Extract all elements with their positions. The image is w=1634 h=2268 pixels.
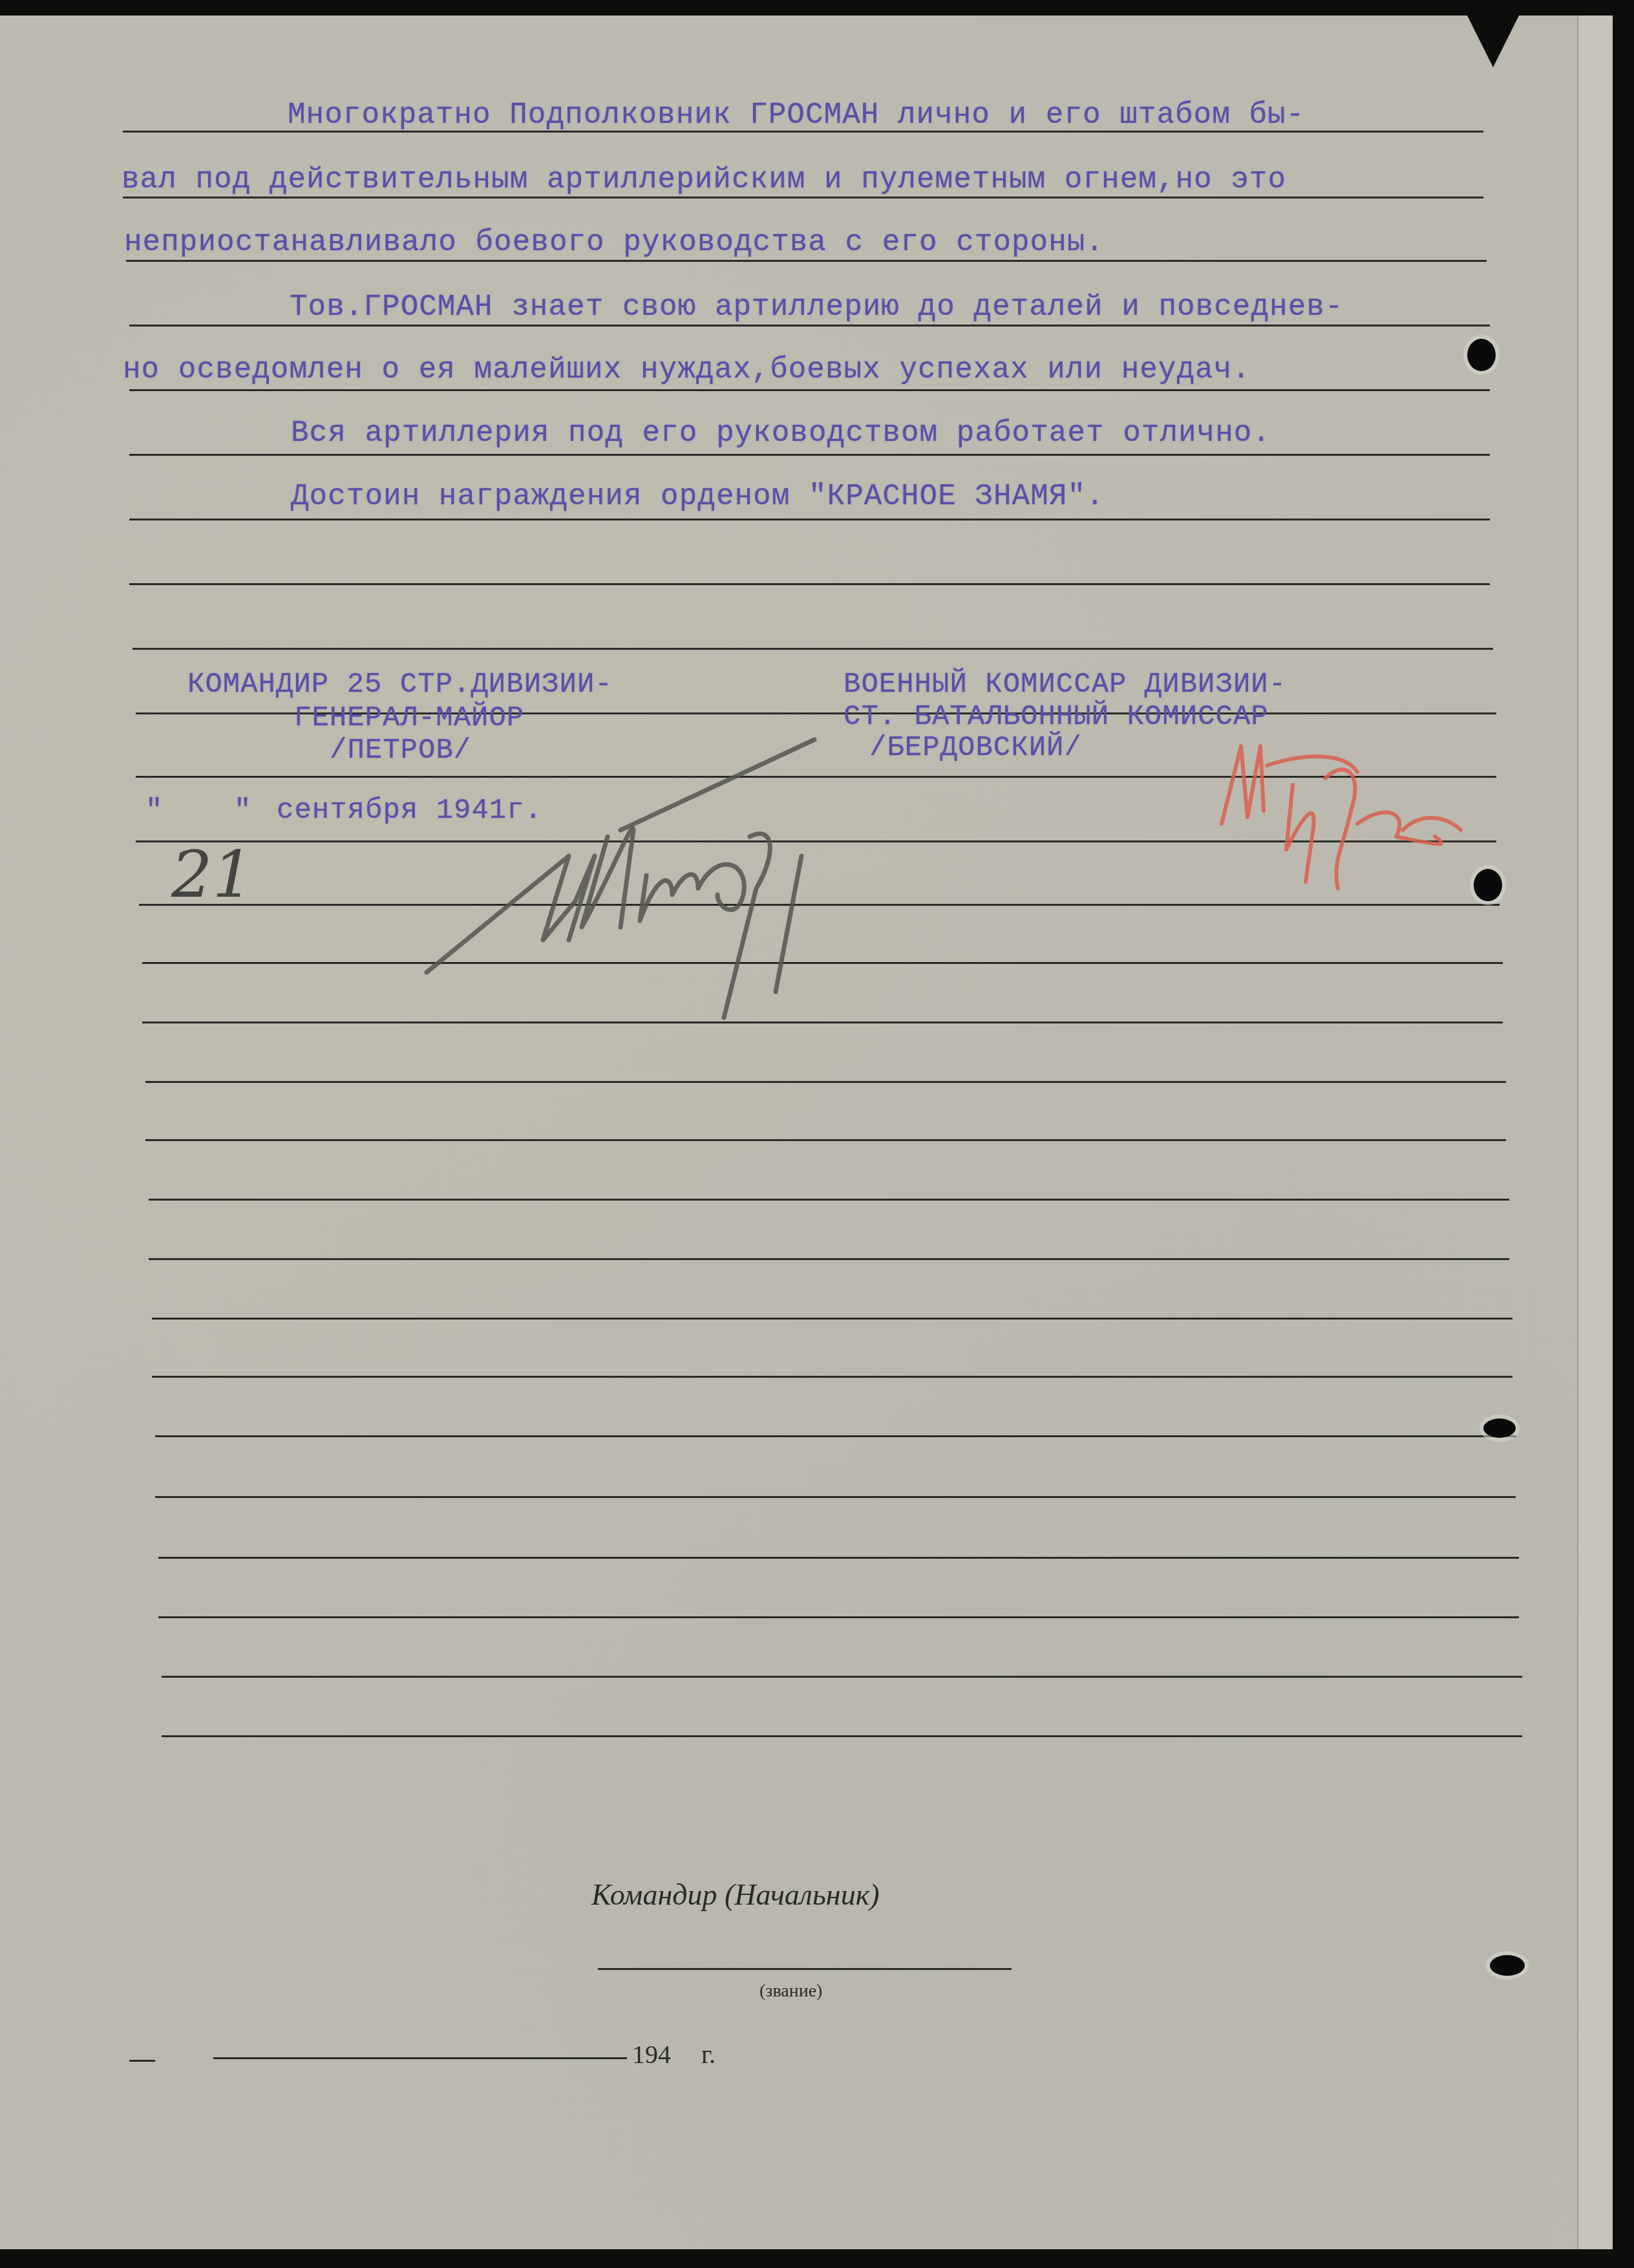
binder-hole (1467, 339, 1496, 371)
ruled-line (162, 1676, 1522, 1678)
ruled-line (145, 1139, 1506, 1141)
ruled-line (158, 1616, 1519, 1618)
torn-corner (1467, 16, 1519, 67)
rank-blank-line (598, 1968, 1012, 1970)
handwritten-day: 21 (171, 837, 253, 912)
ruled-line (162, 1735, 1522, 1737)
year-suffix: г. (701, 2039, 716, 2070)
body-line-6: Вся артиллерия под его руководством рабо… (291, 416, 1271, 450)
binding-margin (1578, 16, 1613, 2249)
ruled-line (152, 1318, 1512, 1320)
ruled-line (133, 648, 1493, 650)
ruled-line (155, 1496, 1516, 1498)
ruled-line (129, 389, 1490, 391)
ruled-line (149, 1199, 1509, 1201)
ruled-line (129, 325, 1490, 326)
date-month-blank (213, 2057, 627, 2059)
ruled-line (126, 260, 1487, 262)
body-line-4: Тов.ГРОСМАН знает свою артиллерию до дет… (290, 290, 1343, 324)
binder-hole (1474, 869, 1502, 901)
binder-hole (1483, 1418, 1516, 1438)
date-quotes: " " (145, 795, 251, 827)
ruled-line (155, 1435, 1516, 1437)
body-line-3: неприостанавливало боевого руководства с… (124, 226, 1104, 259)
commander-label: Командир (Начальник) (591, 1878, 880, 1912)
ruled-line (158, 1557, 1519, 1559)
body-line-5: но осведомлен о ея малейших нуждах,боевы… (123, 353, 1251, 387)
petrov-signature (414, 727, 931, 1037)
date-day-blank (129, 2060, 155, 2062)
year-prefix: 194 (632, 2039, 671, 2070)
body-line-2: вал под действительным артиллерийским и … (122, 163, 1286, 197)
commander-title-1: КОМАНДИР 25 СТР.ДИВИЗИИ- (187, 669, 613, 701)
ruled-line (129, 519, 1490, 520)
body-line-1: Многократно Подполковник ГРОСМАН лично и… (288, 98, 1304, 132)
document-page: Многократно Подполковник ГРОСМАН лично и… (0, 16, 1613, 2249)
ruled-line (129, 454, 1490, 456)
ruled-line (149, 1258, 1509, 1260)
ruled-line (123, 197, 1483, 198)
ruled-line (152, 1376, 1512, 1378)
fold-line (1577, 16, 1578, 2249)
rank-caption: (звание) (759, 1981, 822, 2002)
ruled-line (145, 1081, 1506, 1083)
commissar-title-1: ВОЕННЫЙ КОМИССАР ДИВИЗИИ- (844, 669, 1286, 701)
body-line-7: Достоин награждения орденом "КРАСНОЕ ЗНА… (291, 480, 1105, 513)
binder-hole (1490, 1955, 1525, 1976)
ruled-line (129, 583, 1490, 585)
